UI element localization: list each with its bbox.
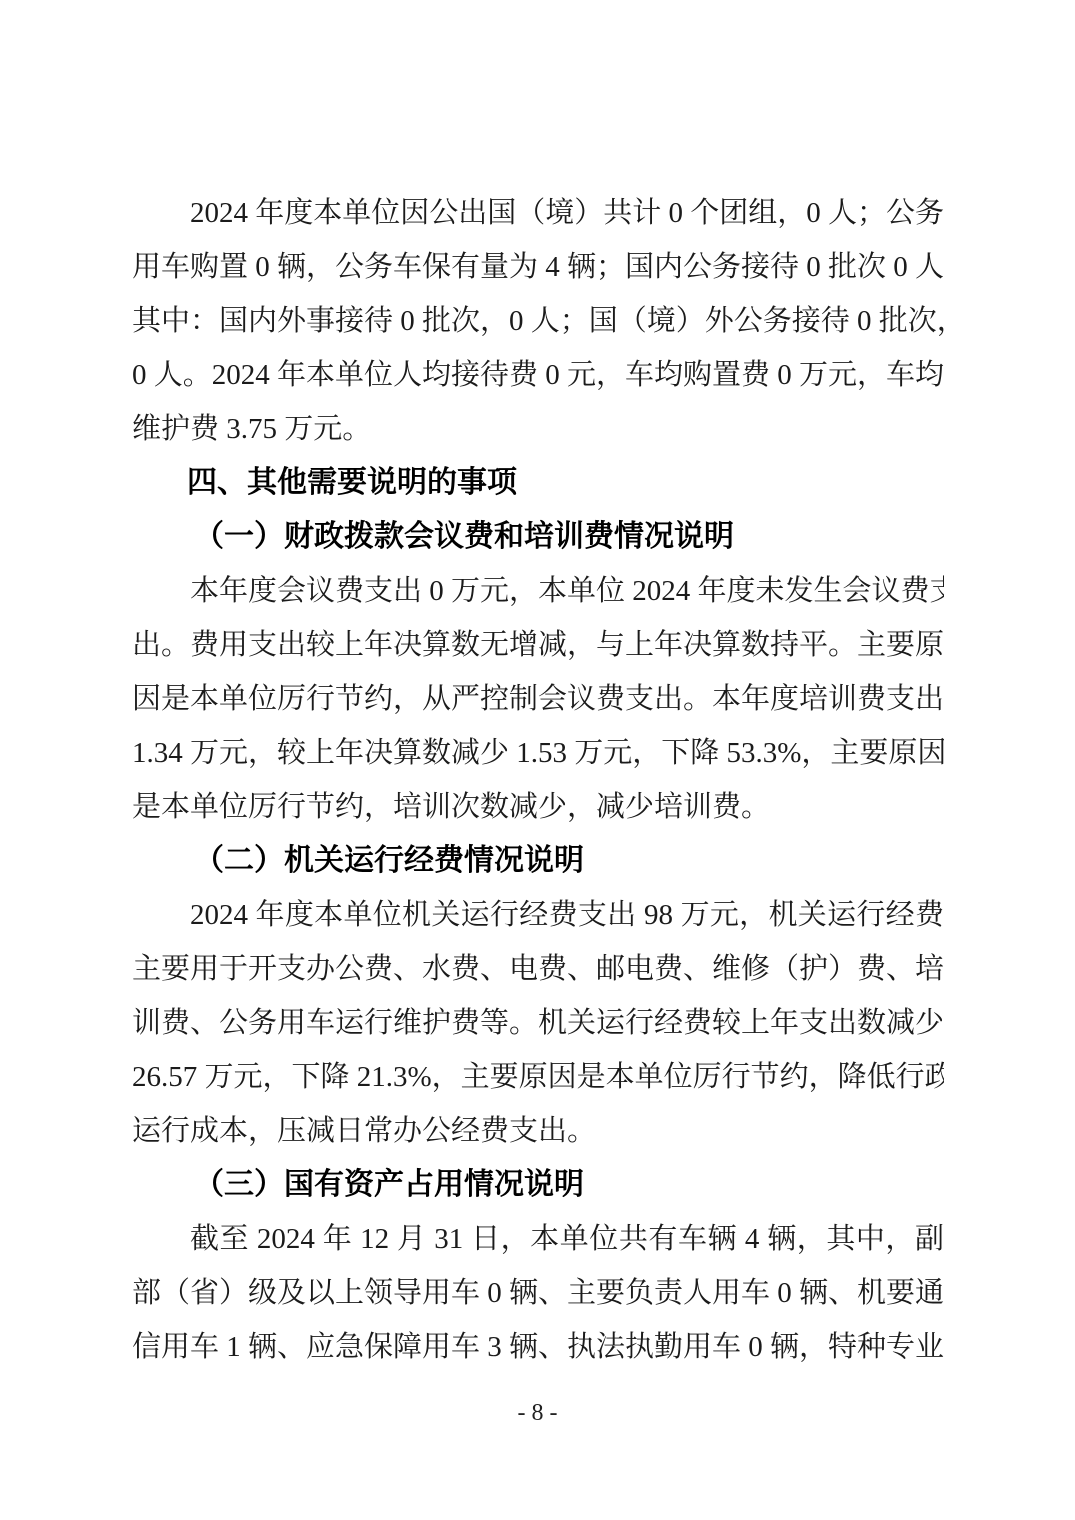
text-line: 主要用于开支办公费、水费、电费、邮电费、维修（护）费、培 (132, 942, 944, 996)
section-heading: （三）国有资产占用情况说明 (132, 1158, 944, 1212)
text-line: 截至 2024 年 12 月 31 日，本单位共有车辆 4 辆，其中，副 (132, 1212, 944, 1266)
page-number: - 8 - (0, 1398, 1075, 1428)
text-line: 训费、公务用车运行维护费等。机关运行经费较上年支出数减少 (132, 996, 944, 1050)
paragraph: 截至 2024 年 12 月 31 日，本单位共有车辆 4 辆，其中，副部（省）… (132, 1212, 944, 1374)
text-line: 维护费 3.75 万元。 (132, 402, 944, 456)
text-line: 用车购置 0 辆，公务车保有量为 4 辆；国内公务接待 0 批次 0 人， (132, 240, 944, 294)
text-line: 信用车 1 辆、应急保障用车 3 辆、执法执勤用车 0 辆，特种专业 (132, 1320, 944, 1374)
text-line: 2024 年度本单位机关运行经费支出 98 万元，机关运行经费 (132, 888, 944, 942)
document-body: 2024 年度本单位因公出国（境）共计 0 个团组，0 人；公务用车购置 0 辆… (132, 186, 944, 1374)
text-line: 2024 年度本单位因公出国（境）共计 0 个团组，0 人；公务 (132, 186, 944, 240)
text-line: 1.34 万元，较上年决算数减少 1.53 万元，下降 53.3%，主要原因 (132, 726, 944, 780)
text-line: 其中：国内外事接待 0 批次，0 人；国（境）外公务接待 0 批次， (132, 294, 944, 348)
paragraph: 2024 年度本单位因公出国（境）共计 0 个团组，0 人；公务用车购置 0 辆… (132, 186, 944, 456)
document-page: 2024 年度本单位因公出国（境）共计 0 个团组，0 人；公务用车购置 0 辆… (0, 0, 1075, 1520)
text-line: 0 人。2024 年本单位人均接待费 0 元，车均购置费 0 万元，车均 (132, 348, 944, 402)
text-line: 26.57 万元，下降 21.3%，主要原因是本单位厉行节约，降低行政 (132, 1050, 944, 1104)
section-heading: （二）机关运行经费情况说明 (132, 834, 944, 888)
text-line: 因是本单位厉行节约，从严控制会议费支出。本年度培训费支出 (132, 672, 944, 726)
paragraph: 2024 年度本单位机关运行经费支出 98 万元，机关运行经费主要用于开支办公费… (132, 888, 944, 1158)
paragraph: 本年度会议费支出 0 万元，本单位 2024 年度未发生会议费支出。费用支出较上… (132, 564, 944, 834)
text-line: 出。费用支出较上年决算数无增减，与上年决算数持平。主要原 (132, 618, 944, 672)
section-heading: （一）财政拨款会议费和培训费情况说明 (132, 510, 944, 564)
text-line: 部（省）级及以上领导用车 0 辆、主要负责人用车 0 辆、机要通 (132, 1266, 944, 1320)
text-line: 本年度会议费支出 0 万元，本单位 2024 年度未发生会议费支 (132, 564, 944, 618)
text-line: 运行成本，压减日常办公经费支出。 (132, 1104, 944, 1158)
text-line: 是本单位厉行节约，培训次数减少，减少培训费。 (132, 780, 944, 834)
section-heading: 四、其他需要说明的事项 (132, 456, 944, 510)
